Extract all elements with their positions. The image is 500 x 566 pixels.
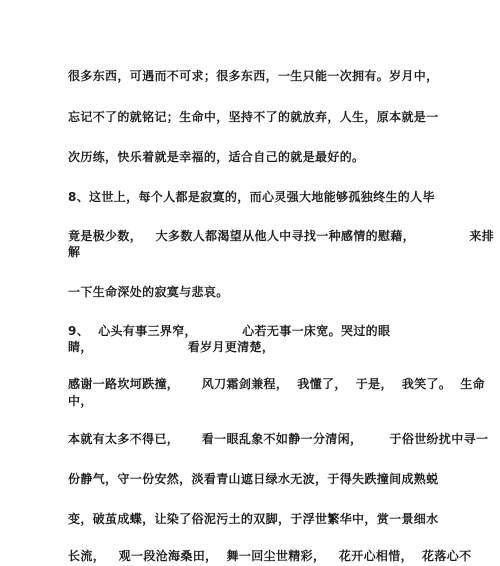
text-line: 忘记不了的就铭记；生命中，坚持不了的就放弃，人生，原本就是一 (68, 110, 439, 124)
text-line: 变，破茧成蝶，让染了俗泥污土的双脚，于浮世繁华中，赏一景细水 (68, 512, 439, 526)
text-line: 很多东西，可遇而不可求；很多东西，一生只能一次拥有。岁月中， (68, 69, 439, 83)
text-line: 长流， 观一段沧海桑田， 舞一回尘世精彩， 花开心相惜， 花落心不 (68, 549, 460, 563)
text-line: 一下生命深处的寂寞与悲哀。 (68, 285, 229, 299)
text-line: 8、这世上，每个人都是寂寞的，而心灵强大地能够孤独终生的人毕 (68, 190, 435, 204)
text-line: 份静气，守一份安然，淡看青山遮日绿水无波，于得失跌撞间成熟蜕 (68, 472, 439, 486)
text-line: 中， (68, 394, 93, 408)
text-line: 本就有太多不得已， 看一眼乱象不如静一分清闲， 于俗世纷扰中寻一 (68, 432, 460, 446)
document-page: 很多东西，可遇而不可求；很多东西，一生只能一次拥有。岁月中， 忘记不了的就铭记；… (0, 0, 500, 566)
text-line: 解 (68, 245, 80, 259)
text-line: 竟是极少数， 大多数人都渴望从他人中寻找一种感情的慰藉， 来排 (68, 229, 460, 243)
text-line: 睛， 看岁月更清楚， (68, 340, 274, 354)
text-line: 感谢一路坎坷跌撞， 风刀霜剑兼程， 我懂了， 于是， 我笑了。 生命 (68, 377, 460, 391)
text-line: 次历练，快乐着就是幸福的，适合自己的就是最好的。 (68, 150, 364, 164)
text-line: 9、 心头有事三界窄， 心若无事一床宽。哭过的眼 (68, 324, 390, 338)
